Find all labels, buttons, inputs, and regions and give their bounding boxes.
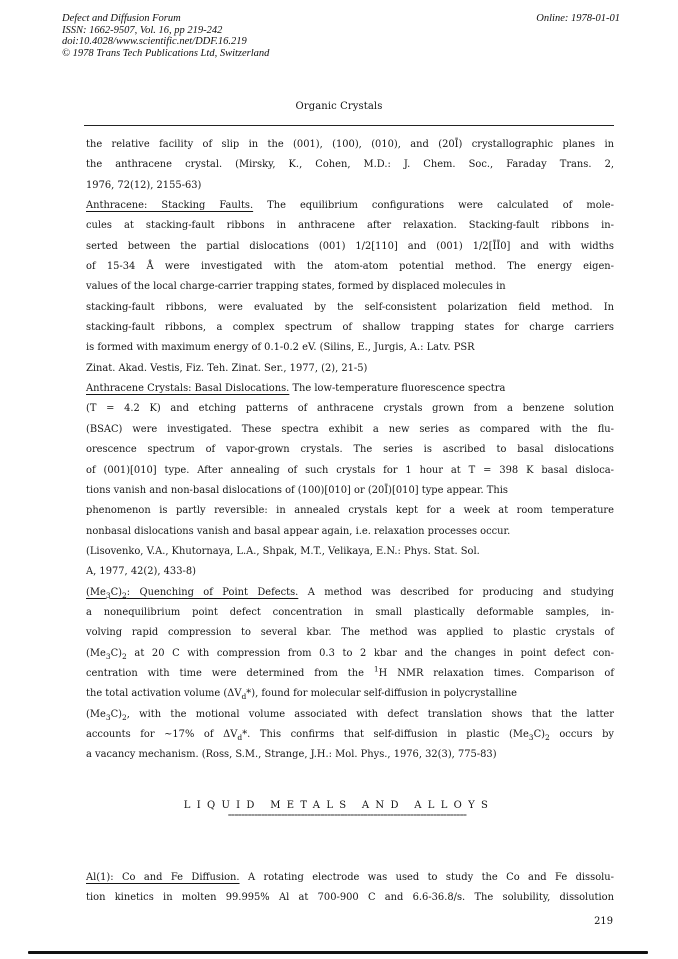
running-head: Organic Crystals [0, 101, 678, 112]
doi: doi:10.4028/www.scientific.net/DDF.16.21… [62, 36, 269, 48]
text-line: phenomenon is partly reversible: in anne… [86, 501, 614, 521]
entry-al-co-fe-diffusion: Al(1): Co and Fe Diffusion. A rotating e… [86, 868, 614, 888]
text-line: (T = 4.2 K) and etching patterns of anth… [86, 399, 614, 419]
journal-metadata: Defect and Diffusion Forum ISSN: 1662-95… [62, 13, 269, 59]
text-line: is formed with maximum energy of 0.1-0.2… [86, 338, 614, 358]
text-line: orescence spectrum of vapor-grown crysta… [86, 440, 614, 460]
text-line: A, 1977, 42(2), 433-8) [86, 562, 614, 582]
entry-heading: Anthracene: Stacking Faults. [86, 200, 253, 211]
text-line: (BSAC) were investigated. These spectra … [86, 420, 614, 440]
text-line: of 15-34 Å were investigated with the at… [86, 257, 614, 277]
text-line: cules at stacking-fault ribbons in anthr… [86, 216, 614, 236]
entry-quenching-point-defects: (Me3C)2: Quenching of Point Defects. A m… [86, 583, 614, 603]
text-line: Zinat. Akad. Vestis, Fiz. Teh. Zinat. Se… [86, 359, 614, 379]
copyright: © 1978 Trans Tech Publications Ltd, Swit… [62, 48, 269, 60]
text-line: tion kinetics in molten 99.995% Al at 70… [86, 888, 614, 908]
footer-rule [28, 951, 648, 954]
issn-volume: ISSN: 1662-9507, Vol. 16, pp 219-242 [62, 25, 269, 37]
entry-heading: Anthracene Crystals: Basal Dislocations. [86, 383, 289, 394]
journal-name: Defect and Diffusion Forum [62, 13, 269, 25]
text-line: values of the local charge-carrier trapp… [86, 277, 614, 297]
text-line: a nonequilibrium point defect concentrat… [86, 603, 614, 623]
text-line: accounts for ~17% of ΔVd*. This confirms… [86, 725, 614, 745]
text-line: nonbasal dislocations vanish and basal a… [86, 522, 614, 542]
header-rule [84, 125, 614, 126]
text-line: volving rapid compression to several kba… [86, 623, 614, 643]
text-line: stacking-fault ribbons, a complex spectr… [86, 318, 614, 338]
text-line: tions vanish and non-basal dislocations … [86, 481, 614, 501]
entry-heading: (Me3C)2: Quenching of Point Defects. [86, 587, 298, 598]
text-line: the total activation volume (ΔVd*), foun… [86, 684, 614, 704]
online-date: Online: 1978-01-01 [536, 13, 620, 25]
text-line: a vacancy mechanism. (Ross, S.M., Strang… [86, 745, 614, 765]
text-line: stacking-fault ribbons, were evaluated b… [86, 298, 614, 318]
text-line: centration with time were determined fro… [86, 664, 614, 684]
entry-heading: Al(1): Co and Fe Diffusion. [86, 872, 240, 883]
text-line: the relative facility of slip in the (00… [86, 135, 614, 155]
text-line: of (001)[010] type. After annealing of s… [86, 461, 614, 481]
entry-stacking-faults: Anthracene: Stacking Faults. The equilib… [86, 196, 614, 216]
text-line: 1976, 72(12), 2155-63) [86, 176, 614, 196]
text-line: (Me3C)2, with the motional volume associ… [86, 705, 614, 725]
text-line: the anthracene crystal. (Mirsky, K., Coh… [86, 155, 614, 175]
text-line: (Me3C)2 at 20 C with compression from 0.… [86, 644, 614, 664]
page-body-continued: Al(1): Co and Fe Diffusion. A rotating e… [86, 868, 614, 909]
page-body: the relative facility of slip in the (00… [86, 135, 614, 766]
text-line: (Lisovenko, V.A., Khutornaya, L.A., Shpa… [86, 542, 614, 562]
text-line: serted between the partial dislocations … [86, 237, 614, 257]
entry-basal-dislocations: Anthracene Crystals: Basal Dislocations.… [86, 379, 614, 399]
page-number: 219 [594, 916, 613, 927]
section-title-rule: ========================================… [228, 814, 512, 818]
section-title: LIQUID METALS AND ALLOYS [0, 800, 678, 811]
